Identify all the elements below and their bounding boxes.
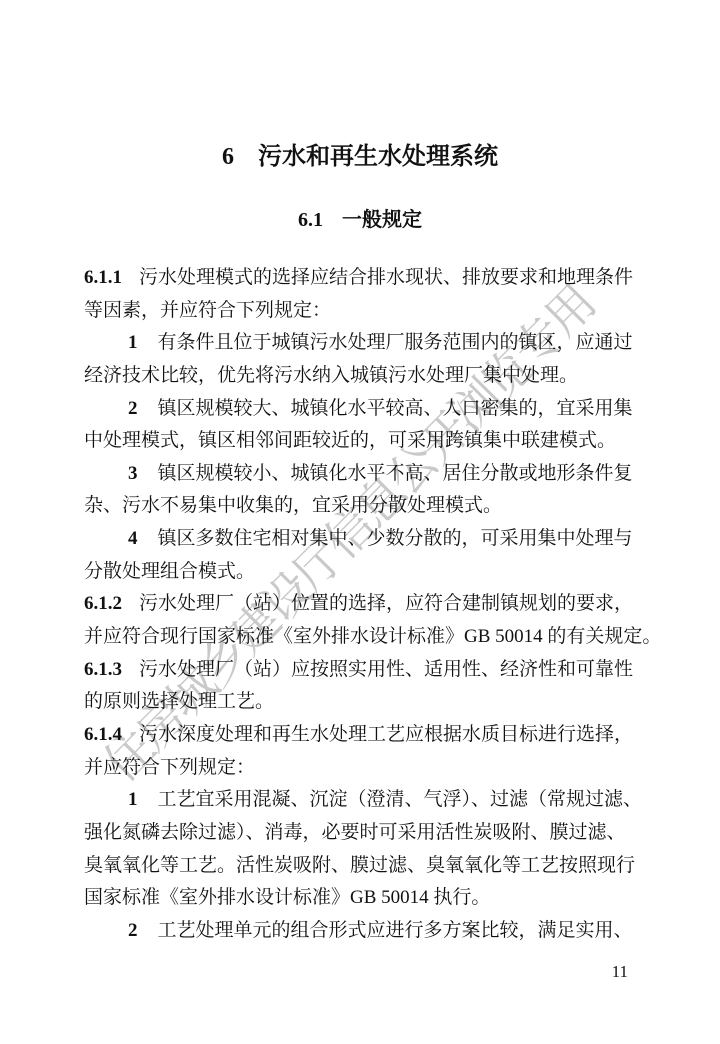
text-line: 经济技术比较，优先将污水纳入城镇污水处理厂集中处理。 (84, 360, 694, 393)
chapter-name: 污水和再生水处理系统 (258, 144, 498, 170)
clause-label: 3 (128, 463, 138, 484)
text-line: 6.1.4污水深度处理和再生水处理工艺应根据水质目标进行选择， (84, 719, 694, 752)
chapter-number: 6 (222, 144, 234, 170)
line-text: 并应符合现行国家标准《室外排水设计标准》GB 50014 的有关规定。 (84, 626, 661, 647)
line-text: 污水处理模式的选择应结合排水现状、排放要求和地理条件 (139, 267, 633, 288)
clause-label: 6.1.4 (84, 724, 122, 745)
text-line: 分散处理组合模式。 (84, 556, 694, 589)
text-line: 中处理模式，镇区相邻间距较近的，可采用跨镇集中联建模式。 (84, 425, 694, 458)
text-line: 并应符合下列规定： (84, 752, 694, 785)
section-name: 一般规定 (342, 209, 422, 231)
line-text: 杂、污水不易集中收集的，宜采用分散处理模式。 (84, 495, 502, 516)
line-text: 镇区多数住宅相对集中、少数分散的，可采用集中处理与 (158, 528, 633, 549)
line-text: 分散处理组合模式。 (84, 561, 255, 582)
clause-label: 6.1.3 (84, 659, 122, 680)
text-line: 4镇区多数住宅相对集中、少数分散的，可采用集中处理与 (84, 523, 694, 556)
clause-label: 6.1.2 (84, 593, 122, 614)
text-line: 2镇区规模较大、城镇化水平较高、人口密集的，宜采用集 (84, 393, 694, 426)
clause-label: 2 (128, 398, 138, 419)
line-text: 镇区规模较小、城镇化水平不高、居住分散或地形条件复 (158, 463, 633, 484)
body-text: 6.1.1污水处理模式的选择应结合排水现状、排放要求和地理条件 等因素，并应符合… (84, 262, 694, 947)
text-line: 1工艺宜采用混凝、沉淀（澄清、气浮）、过滤（常规过滤、 (84, 784, 694, 817)
text-line: 国家标准《室外排水设计标准》GB 50014 执行。 (84, 882, 694, 915)
text-line: 杂、污水不易集中收集的，宜采用分散处理模式。 (84, 490, 694, 523)
line-text: 污水处理厂（站）应按照实用性、适用性、经济性和可靠性 (139, 659, 633, 680)
section-number: 6.1 (298, 209, 323, 231)
text-line: 并应符合现行国家标准《室外排水设计标准》GB 50014 的有关规定。 (84, 621, 694, 654)
line-text: 经济技术比较，优先将污水纳入城镇污水处理厂集中处理。 (84, 365, 578, 386)
text-line: 等因素，并应符合下列规定： (84, 295, 694, 328)
document-page: 住房城乡建设厅信息公开浏览专用 6污水和再生水处理系统 6.1一般规定 6.1.… (0, 0, 720, 1044)
text-line: 6.1.2污水处理厂（站）位置的选择，应符合建制镇规划的要求， (84, 588, 694, 621)
line-text: 污水深度处理和再生水处理工艺应根据水质目标进行选择， (139, 724, 633, 745)
text-line: 6.1.1污水处理模式的选择应结合排水现状、排放要求和地理条件 (84, 262, 694, 295)
line-text: 有条件且位于城镇污水处理厂服务范围内的镇区，应通过 (158, 332, 633, 353)
text-line: 6.1.3污水处理厂（站）应按照实用性、适用性、经济性和可靠性 (84, 654, 694, 687)
line-text: 国家标准《室外排水设计标准》GB 50014 执行。 (84, 887, 490, 908)
clause-label: 2 (128, 920, 138, 941)
page-number: 11 (612, 960, 628, 984)
line-text: 臭氧氧化等工艺。活性炭吸附、膜过滤、臭氧氧化等工艺按照现行 (84, 855, 635, 876)
line-text: 的原则选择处理工艺。 (84, 691, 274, 712)
line-text: 污水处理厂（站）位置的选择，应符合建制镇规划的要求， (139, 593, 633, 614)
text-line: 3镇区规模较小、城镇化水平不高、居住分散或地形条件复 (84, 458, 694, 491)
text-line: 2工艺处理单元的组合形式应进行多方案比较，满足实用、 (84, 915, 694, 948)
line-text: 并应符合下列规定： (84, 757, 255, 778)
clause-label: 1 (128, 332, 138, 353)
section-title: 6.1一般规定 (0, 206, 720, 234)
text-line: 1有条件且位于城镇污水处理厂服务范围内的镇区，应通过 (84, 327, 694, 360)
clause-label: 6.1.1 (84, 267, 122, 288)
text-line: 臭氧氧化等工艺。活性炭吸附、膜过滤、臭氧氧化等工艺按照现行 (84, 850, 694, 883)
line-text: 等因素，并应符合下列规定： (84, 300, 331, 321)
line-text: 镇区规模较大、城镇化水平较高、人口密集的，宜采用集 (158, 398, 633, 419)
line-text: 强化氮磷去除过滤）、消毒，必要时可采用活性炭吸附、膜过滤、 (84, 822, 626, 843)
text-line: 的原则选择处理工艺。 (84, 686, 694, 719)
chapter-title: 6污水和再生水处理系统 (0, 140, 720, 174)
line-text: 中处理模式，镇区相邻间距较近的，可采用跨镇集中联建模式。 (84, 430, 616, 451)
line-text: 工艺宜采用混凝、沉淀（澄清、气浮）、过滤（常规过滤、 (158, 789, 643, 810)
clause-label: 4 (128, 528, 138, 549)
text-line: 强化氮磷去除过滤）、消毒，必要时可采用活性炭吸附、膜过滤、 (84, 817, 694, 850)
clause-label: 1 (128, 789, 138, 810)
line-text: 工艺处理单元的组合形式应进行多方案比较，满足实用、 (158, 920, 633, 941)
